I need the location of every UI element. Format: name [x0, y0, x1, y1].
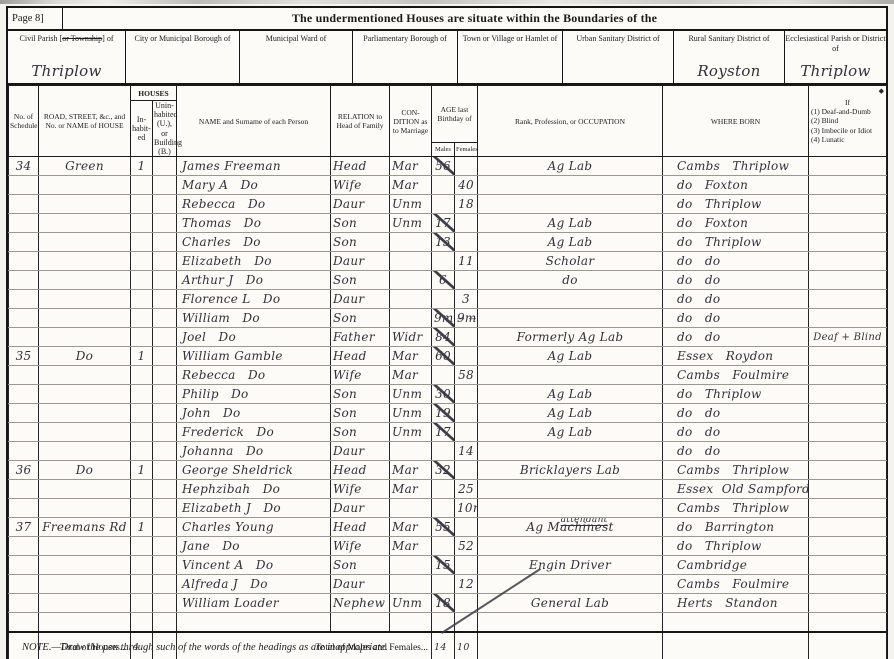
cell-occupation: Ag Lab [478, 214, 663, 233]
cell-inhabited [131, 556, 153, 575]
cell-age-male: 17 [432, 214, 455, 233]
cell-condition [390, 309, 432, 328]
cell-condition: Mar [390, 518, 432, 537]
cell-inhabited [131, 290, 153, 309]
geo-value-rural-sanitary: Royston [674, 62, 784, 81]
cell-relation: Wife [331, 480, 390, 499]
cell-road [39, 385, 131, 404]
cell-born: do Thriplow [663, 233, 809, 252]
person-row: Elizabeth DoDaur11Scholardo do [9, 252, 887, 271]
geo-field-urban-sanitary: Urban Sanitary District of [563, 31, 674, 83]
geo-field-city-borough: City or Municipal Borough of [126, 31, 240, 83]
cell-relation: Son [331, 271, 390, 290]
scan-edge-artifact [0, 0, 894, 4]
cell-age-male [432, 366, 455, 385]
cell-schedule [9, 271, 39, 290]
cell-occupation: General Lab [478, 594, 663, 613]
cell-age-female [455, 556, 478, 575]
cell-inhabited [131, 423, 153, 442]
cell-name: Arthur J Do [177, 271, 331, 290]
cell-condition [390, 613, 432, 632]
cell-condition: Unm [390, 385, 432, 404]
column-header-age: AGE last Birthday of [432, 86, 478, 143]
geo-field-civil-parish: Civil Parish [or Township] of Thriplow [8, 31, 126, 83]
cell-name: Philip Do [177, 385, 331, 404]
cell-infirmity [809, 537, 887, 556]
cell-condition: Unm [390, 594, 432, 613]
cell-road [39, 233, 131, 252]
cell-inhabited [131, 195, 153, 214]
cell-schedule [9, 328, 39, 347]
cell-infirmity [809, 214, 887, 233]
cell-condition [390, 499, 432, 518]
cell-road [39, 290, 131, 309]
cell-age-female [455, 157, 478, 176]
cell-name: William Loader [177, 594, 331, 613]
cell-born [663, 613, 809, 632]
geo-label: ] of [102, 34, 113, 43]
cell-infirmity [809, 442, 887, 461]
cell-occupation: Ag Lab [478, 347, 663, 366]
cell-occupation: Scholar [478, 252, 663, 271]
cell-age-male: 6 [432, 271, 455, 290]
cell-uninhabited [153, 290, 177, 309]
cell-road: Do [39, 347, 131, 366]
person-row: William DoSon9mo9̶m̶do do [9, 309, 887, 328]
cell-road [39, 252, 131, 271]
cell-name: Frederick Do [177, 423, 331, 442]
cell-condition: Mar [390, 347, 432, 366]
cell-age-female: 18 [455, 195, 478, 214]
cell-born: do do [663, 252, 809, 271]
cell-name: Joel Do [177, 328, 331, 347]
geo-field-town-village: Town or Village or Hamlet of [458, 31, 563, 83]
cell-born: Essex Old Sampford [663, 480, 809, 499]
cell-road [39, 613, 131, 632]
census-table: No. of Schedule ROAD, STREET, &c., and N… [8, 85, 887, 659]
cell-inhabited [131, 252, 153, 271]
cell-age-female: 25 [455, 480, 478, 499]
geo-label: Ecclesiastical Parish or District of [785, 34, 885, 53]
person-row: Charles DoSon13Ag Labdo Thriplow [9, 233, 887, 252]
cell-condition: Mar [390, 480, 432, 499]
cell-schedule [9, 385, 39, 404]
geo-value-civil-parish: Thriplow [8, 62, 125, 81]
cell-infirmity [809, 366, 887, 385]
cell-relation: Son [331, 385, 390, 404]
cell-condition: Widr [390, 328, 432, 347]
total-males-value: 14 [432, 632, 455, 659]
cell-uninhabited [153, 518, 177, 537]
cell-age-female [455, 347, 478, 366]
cell-road [39, 594, 131, 613]
cell-name: Alfreda J Do [177, 575, 331, 594]
cell-condition: Mar [390, 537, 432, 556]
cell-relation: Head [331, 518, 390, 537]
person-row: Rebecca DoWifeMar58Cambs Foulmire [9, 366, 887, 385]
cell-name: Thomas Do [177, 214, 331, 233]
geo-label: Civil Parish [ [20, 34, 63, 43]
cell-relation: Daur [331, 442, 390, 461]
cell-name: Florence L Do [177, 290, 331, 309]
cell-road: Freemans Rd [39, 518, 131, 537]
cell-occupation [478, 537, 663, 556]
cell-born: do Thriplow [663, 537, 809, 556]
cell-born: Cambs Thriplow [663, 461, 809, 480]
person-row: Florence L DoDaur3do do [9, 290, 887, 309]
cell-uninhabited [153, 252, 177, 271]
cell-road [39, 176, 131, 195]
cell-infirmity [809, 290, 887, 309]
cell-relation: Son [331, 309, 390, 328]
cell-age-male: 60 [432, 347, 455, 366]
cell-name: John Do [177, 404, 331, 423]
column-header-inhabited: In-habit-ed [131, 101, 153, 157]
cell-schedule [9, 423, 39, 442]
cell-condition: Mar [390, 176, 432, 195]
column-header-schedule: No. of Schedule [9, 86, 39, 157]
person-row: William LoaderNephewUnm18General LabHert… [9, 594, 887, 613]
geo-label: Rural Sanitary District of [688, 34, 769, 43]
cell-relation: Daur [331, 252, 390, 271]
cell-occupation: Engin Driver [478, 556, 663, 575]
cell-infirmity [809, 423, 887, 442]
cell-road [39, 423, 131, 442]
cell-relation: Daur [331, 195, 390, 214]
geography-header: Civil Parish [or Township] of Thriplow C… [8, 31, 886, 85]
geo-label: Municipal Ward of [266, 34, 327, 43]
cell-infirmity [809, 176, 887, 195]
cell-inhabited: 1 [131, 518, 153, 537]
cell-schedule [9, 233, 39, 252]
cell-uninhabited [153, 195, 177, 214]
cell-condition: Mar [390, 461, 432, 480]
cell-name [177, 613, 331, 632]
cell-born: do Foxton [663, 176, 809, 195]
cell-age-male [432, 537, 455, 556]
cell-occupation [478, 480, 663, 499]
cell-infirmity [809, 385, 887, 404]
geo-label: City or Municipal Borough of [135, 34, 231, 43]
cell-name: Charles Young [177, 518, 331, 537]
geo-label: Parliamentary Borough of [363, 34, 447, 43]
cell-age-female: 52 [455, 537, 478, 556]
cell-relation: Head [331, 157, 390, 176]
cell-road [39, 195, 131, 214]
geo-label: Town or Village or Hamlet of [463, 34, 558, 43]
cell-infirmity [809, 518, 887, 537]
occupation-inserted-note: attendant [561, 518, 608, 527]
cell-road [39, 480, 131, 499]
cell-born: do do [663, 328, 809, 347]
cell-uninhabited [153, 404, 177, 423]
cell-schedule: 34 [9, 157, 39, 176]
cell-schedule [9, 442, 39, 461]
cell-infirmity [809, 347, 887, 366]
cell-road: Green [39, 157, 131, 176]
cell-age-male: 9mo [432, 309, 455, 328]
cell-name: Rebecca Do [177, 195, 331, 214]
cell-born: do do [663, 442, 809, 461]
cell-relation: Son [331, 556, 390, 575]
cell-condition [390, 442, 432, 461]
person-row: Johanna DoDaur14do do [9, 442, 887, 461]
cell-born: do do [663, 404, 809, 423]
cell-schedule [9, 537, 39, 556]
column-header-condition: CON-DITION as to Marriage [390, 86, 432, 157]
cell-age-female: 40 [455, 176, 478, 195]
cell-age-female [455, 423, 478, 442]
title-row: Page 8] The undermentioned Houses are si… [8, 8, 886, 31]
cell-schedule [9, 214, 39, 233]
cell-schedule [9, 176, 39, 195]
cell-occupation: Ag Lab [478, 233, 663, 252]
cell-age-male: 17 [432, 423, 455, 442]
person-row: Mary A DoWifeMar40do Foxton [9, 176, 887, 195]
cell-relation: Son [331, 214, 390, 233]
cell-name: James Freeman [177, 157, 331, 176]
person-row: 34Green1James FreemanHeadMar56Ag LabCamb… [9, 157, 887, 176]
cell-age-female [455, 271, 478, 290]
cell-age-female [455, 214, 478, 233]
geo-label: Urban Sanitary District of [576, 34, 659, 43]
infirmity-item: (3) Imbecile or Idiot [811, 126, 884, 135]
cell-inhabited [131, 233, 153, 252]
cell-name: George Sheldrick [177, 461, 331, 480]
cell-relation: Head [331, 347, 390, 366]
cell-schedule: 35 [9, 347, 39, 366]
cell-condition [390, 271, 432, 290]
cell-relation: Father [331, 328, 390, 347]
cell-age-male: 56 [432, 157, 455, 176]
cell-inhabited [131, 480, 153, 499]
cell-occupation [478, 309, 663, 328]
cell-condition [390, 575, 432, 594]
cell-age-female [455, 385, 478, 404]
cell-age-female [455, 233, 478, 252]
person-row: Thomas DoSonUnm17Ag Labdo Foxton [9, 214, 887, 233]
person-row: Alfreda J DoDaur12Cambs Foulmire [9, 575, 887, 594]
cell-relation: Wife [331, 176, 390, 195]
infirmity-title: If [811, 98, 884, 107]
cell-schedule [9, 594, 39, 613]
cell-name: Vincent A Do [177, 556, 331, 575]
census-sheet: Page 8] The undermentioned Houses are si… [6, 6, 888, 659]
cell-name: Charles Do [177, 233, 331, 252]
cell-uninhabited [153, 233, 177, 252]
cell-inhabited [131, 442, 153, 461]
cell-road: Do [39, 461, 131, 480]
infirmity-item: (2) Blind [811, 116, 884, 125]
column-header-houses: HOUSES [131, 86, 177, 101]
cell-schedule [9, 499, 39, 518]
cell-born: Cambs Foulmire [663, 575, 809, 594]
cell-relation: Wife [331, 537, 390, 556]
column-header-relation: RELATION to Head of Family [331, 86, 390, 157]
cell-uninhabited [153, 575, 177, 594]
cell-inhabited [131, 594, 153, 613]
cell-age-male: 55 [432, 518, 455, 537]
cell-relation: Son [331, 423, 390, 442]
cell-uninhabited [153, 157, 177, 176]
total-females-value: 10 [455, 632, 478, 659]
cell-name: Hephzibah Do [177, 480, 331, 499]
cell-age-male [432, 176, 455, 195]
cell-occupation [478, 613, 663, 632]
cell-condition: Unm [390, 404, 432, 423]
cell-uninhabited [153, 537, 177, 556]
cell-schedule [9, 252, 39, 271]
cell-schedule: 36 [9, 461, 39, 480]
cell-name: Johanna Do [177, 442, 331, 461]
cell-name: William Do [177, 309, 331, 328]
column-header-males: Males [432, 143, 455, 157]
cell-name: Mary A Do [177, 176, 331, 195]
cell-condition: Unm [390, 195, 432, 214]
cell-uninhabited [153, 423, 177, 442]
cell-age-male: 15 [432, 556, 455, 575]
cell-uninhabited [153, 271, 177, 290]
cell-born: do Thriplow [663, 195, 809, 214]
cell-name: William Gamble [177, 347, 331, 366]
cell-uninhabited [153, 499, 177, 518]
cell-inhabited [131, 309, 153, 328]
cell-born: Cambs Thriplow [663, 499, 809, 518]
cell-relation: Head [331, 461, 390, 480]
cell-infirmity [809, 309, 887, 328]
cell-occupation [478, 366, 663, 385]
census-page-scan: { "page": { "page_label": "Page 8]", "ti… [0, 0, 894, 659]
cell-occupation: Ag Lab [478, 404, 663, 423]
cell-schedule [9, 404, 39, 423]
cell-age-male [432, 442, 455, 461]
cell-age-male: 32 [432, 461, 455, 480]
cell-uninhabited [153, 347, 177, 366]
cell-age-female [455, 461, 478, 480]
cell-born: do Barrington [663, 518, 809, 537]
cell-age-male: 30 [432, 385, 455, 404]
cell-born: do do [663, 423, 809, 442]
cell-uninhabited [153, 214, 177, 233]
cell-condition [390, 290, 432, 309]
cell-infirmity [809, 157, 887, 176]
column-header-name: NAME and Surname of each Person [177, 86, 331, 157]
totals-occupation-cell [478, 632, 663, 659]
cell-age-female [455, 518, 478, 537]
totals-infirmity-cell [809, 632, 887, 659]
cell-infirmity: Deaf + Blind [809, 328, 887, 347]
cell-age-male: 18 [432, 594, 455, 613]
cell-age-male [432, 575, 455, 594]
cell-relation: Daur [331, 290, 390, 309]
cell-born: Cambridge [663, 556, 809, 575]
person-row: Philip DoSonUnm30Ag Labdo Thriplow [9, 385, 887, 404]
cell-infirmity [809, 271, 887, 290]
cell-age-male [432, 252, 455, 271]
cell-condition [390, 252, 432, 271]
cell-schedule: 37 [9, 518, 39, 537]
cell-inhabited [131, 537, 153, 556]
geo-value-ecclesiastical-parish: Thriplow [785, 62, 886, 81]
column-header-uninhabited: Unin-habited (U.), or Building (B.) [153, 101, 177, 157]
cell-inhabited [131, 404, 153, 423]
cell-name: Jane Do [177, 537, 331, 556]
cell-occupation [478, 290, 663, 309]
cell-relation: Daur [331, 575, 390, 594]
column-header-occupation: Rank, Profession, or OCCUPATION [478, 86, 663, 157]
cell-infirmity [809, 499, 887, 518]
cell-road [39, 404, 131, 423]
cell-condition: Mar [390, 366, 432, 385]
cell-inhabited [131, 176, 153, 195]
person-row: John DoSonUnm19Ag Labdo do [9, 404, 887, 423]
cell-road [39, 366, 131, 385]
cell-age-male [432, 480, 455, 499]
cell-inhabited [131, 328, 153, 347]
cell-inhabited [131, 366, 153, 385]
cell-age-male [432, 290, 455, 309]
cell-born: Essex Roydon [663, 347, 809, 366]
cell-born: Cambs Thriplow [663, 157, 809, 176]
cell-schedule [9, 480, 39, 499]
cell-age-male [432, 613, 455, 632]
cell-age-female [455, 328, 478, 347]
cell-condition: Mar [390, 157, 432, 176]
cell-age-male: 19 [432, 404, 455, 423]
cell-occupation: Ag Machinestattendant [478, 518, 663, 537]
geo-field-municipal-ward: Municipal Ward of [240, 31, 353, 83]
column-header-road: ROAD, STREET, &c., and No. or NAME of HO… [39, 86, 131, 157]
cell-born: Cambs Foulmire [663, 366, 809, 385]
cell-road [39, 309, 131, 328]
person-row: 36Do1George SheldrickHeadMar32Bricklayer… [9, 461, 887, 480]
cell-infirmity [809, 594, 887, 613]
footer-note: NOTE.—Draw the pen through such of the w… [22, 642, 388, 653]
cell-schedule [9, 309, 39, 328]
cell-infirmity [809, 575, 887, 594]
cell-road [39, 328, 131, 347]
cell-schedule [9, 195, 39, 214]
cell-condition: Unm [390, 423, 432, 442]
cell-infirmity [809, 480, 887, 499]
cell-age-female: 58 [455, 366, 478, 385]
geo-field-rural-sanitary: Rural Sanitary District of Royston [674, 31, 785, 83]
cell-uninhabited [153, 594, 177, 613]
cell-relation: Daur [331, 499, 390, 518]
cell-road [39, 575, 131, 594]
cell-name: Rebecca Do [177, 366, 331, 385]
cell-schedule [9, 556, 39, 575]
person-row: 37Freemans Rd1Charles YoungHeadMar55Ag M… [9, 518, 887, 537]
cell-condition [390, 556, 432, 575]
cell-schedule [9, 575, 39, 594]
person-row: Rebecca DoDaurUnm18do Thriplow [9, 195, 887, 214]
cell-infirmity [809, 233, 887, 252]
cell-occupation: Formerly Ag Lab [478, 328, 663, 347]
cell-inhabited [131, 613, 153, 632]
cell-infirmity [809, 461, 887, 480]
cell-inhabited [131, 214, 153, 233]
cell-inhabited: 1 [131, 347, 153, 366]
person-row: Arthur J DoSon6dodo do [9, 271, 887, 290]
corner-stamp-icon: ◆ [879, 87, 884, 96]
cell-inhabited [131, 575, 153, 594]
cell-relation: Nephew [331, 594, 390, 613]
cell-relation: Son [331, 404, 390, 423]
cell-age-male: 13 [432, 233, 455, 252]
cell-age-female: 3 [455, 290, 478, 309]
cell-relation [331, 613, 390, 632]
